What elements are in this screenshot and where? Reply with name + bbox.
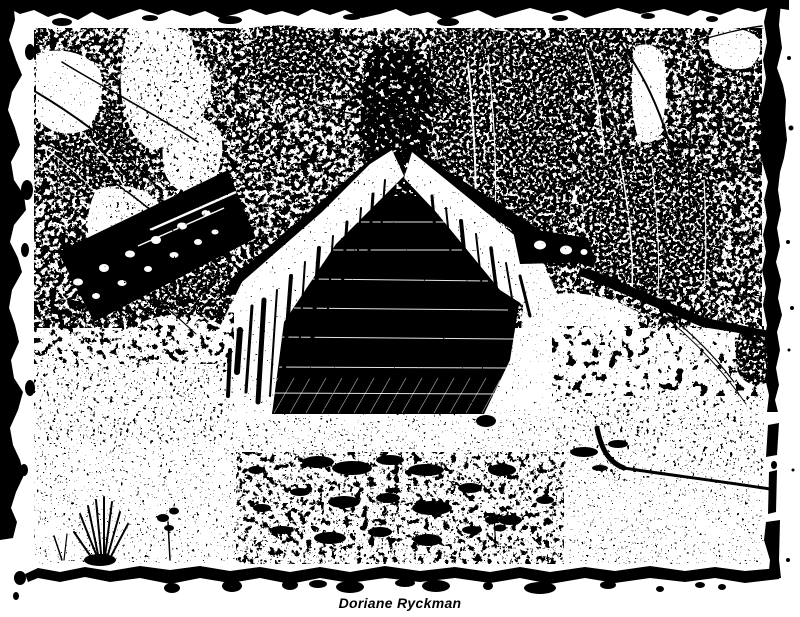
artwork-page: Doriane Ryckman — [0, 0, 800, 617]
frame-left-bar — [0, 0, 26, 540]
photo-grain — [34, 28, 764, 564]
threshold-photo-footbridge — [0, 0, 800, 617]
caption-artist-name: Doriane Ryckman — [0, 595, 800, 611]
frame-top-bar — [0, 0, 789, 20]
